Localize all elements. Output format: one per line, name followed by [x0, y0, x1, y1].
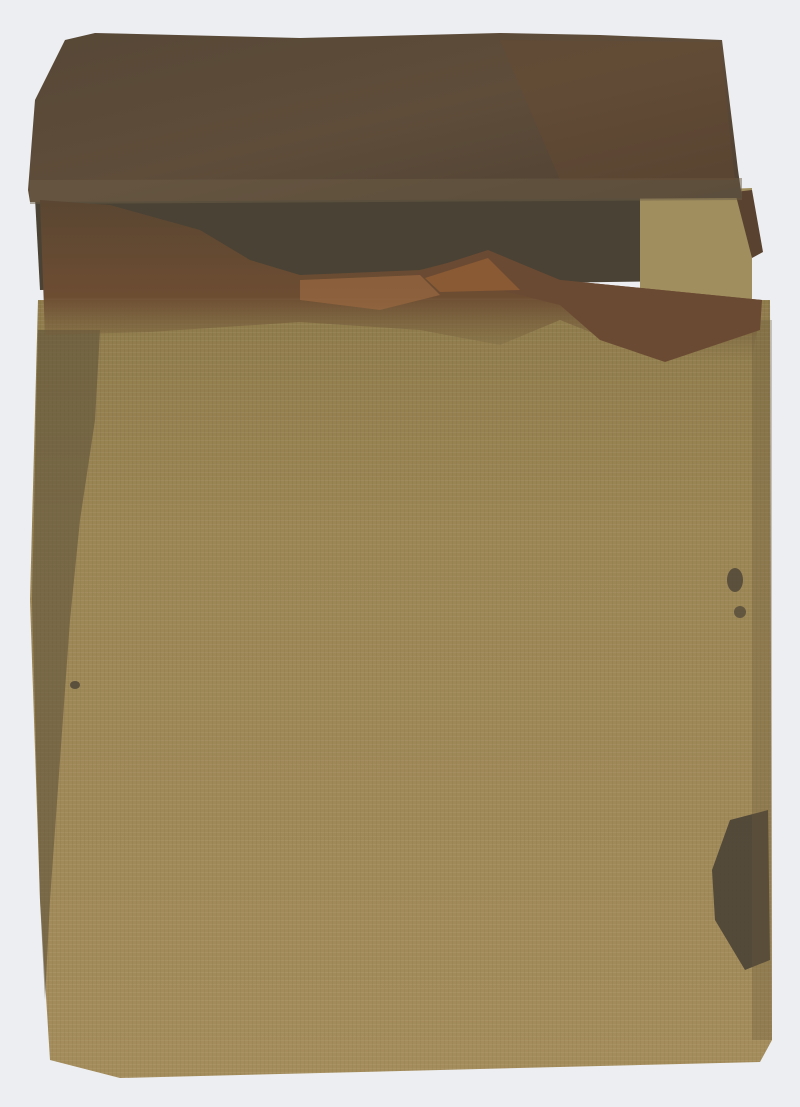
right-tab: [640, 188, 752, 300]
canvas-body: [30, 300, 772, 1078]
photo-scene: [0, 0, 800, 1107]
pouch-illustration: [0, 0, 800, 1107]
